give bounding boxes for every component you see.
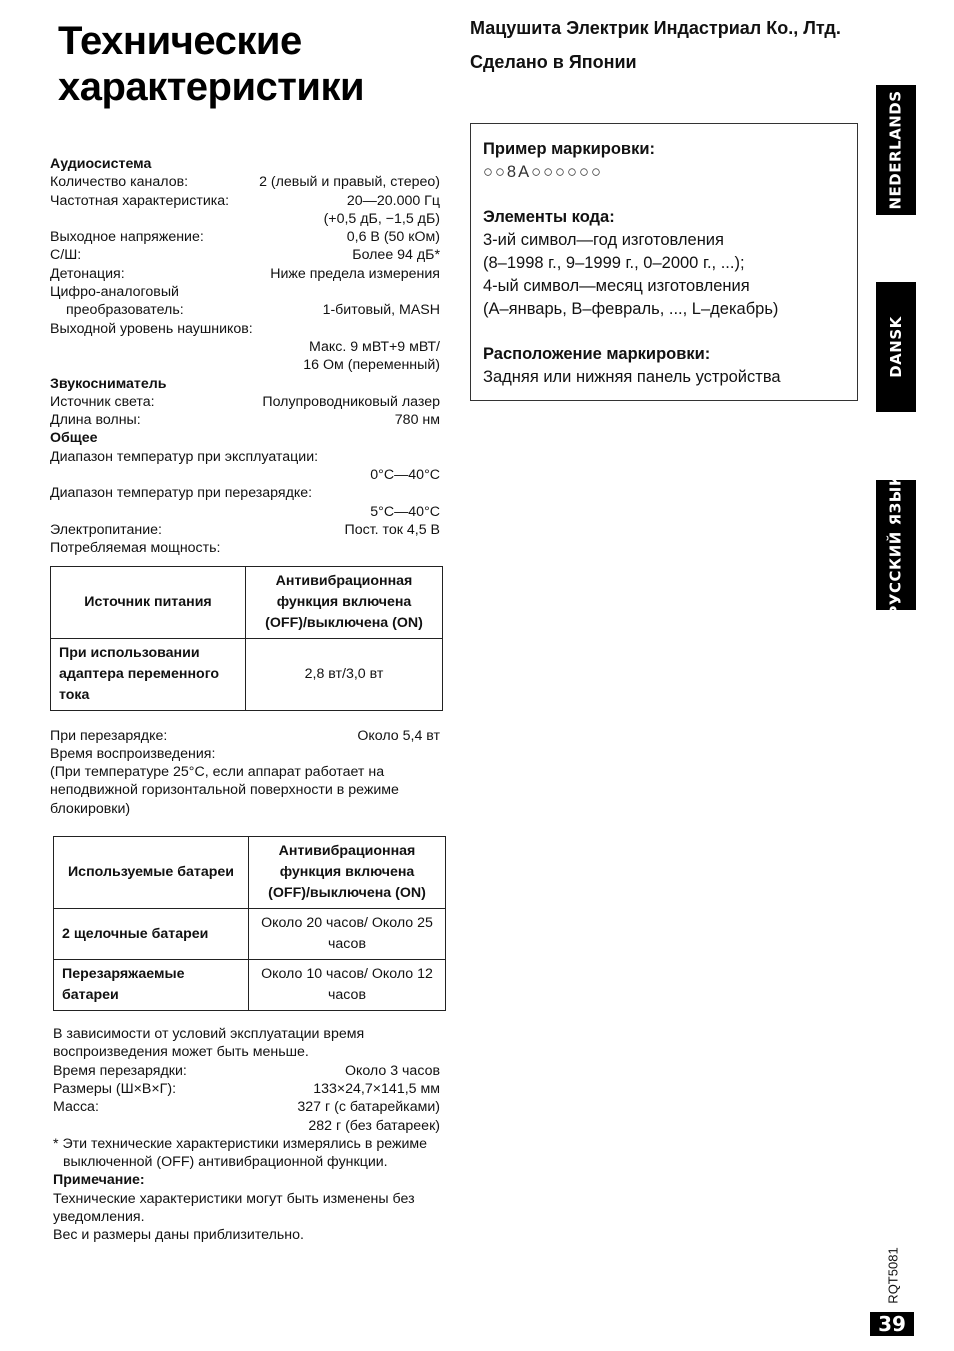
general-rows: Диапазон температур при эксплуатации:0°C… bbox=[50, 448, 440, 558]
spec-row: Детонация:Ниже предела измерения bbox=[50, 265, 440, 283]
side-tab-label: NEDERLANDS bbox=[887, 90, 905, 209]
marking-box: Пример маркировки: ○○8A○○○○○○ Элементы к… bbox=[470, 123, 858, 401]
spec-row: Длина волны:780 нм bbox=[50, 411, 440, 429]
spec-row: Диапазон температур при эксплуатации: bbox=[50, 448, 440, 466]
note-heading: Примечание: bbox=[53, 1171, 440, 1189]
spec-label: Цифро-аналоговый bbox=[50, 283, 179, 301]
title-line-1: Технические bbox=[58, 18, 364, 64]
document-code-text: RQT5081 bbox=[886, 1247, 901, 1303]
spec-row: Количество каналов:2 (левый и правый, ст… bbox=[50, 173, 440, 191]
battery-table-cell: 2 щелочные батареи bbox=[54, 909, 249, 960]
battery-table-header-mode: Антивибрационная функция включена (OFF)/… bbox=[249, 837, 446, 909]
spec-row: Потребляемая мощность: bbox=[50, 539, 440, 557]
table-row: Перезаряжаемые батареи Около 10 часов/ О… bbox=[54, 960, 446, 1011]
spec-value: Макс. 9 мВТ+9 мВТ/ bbox=[309, 338, 440, 356]
example-code: ○○8A○○○○○○ bbox=[483, 161, 845, 184]
battery-table-cell: Около 20 часов/ Около 25 часов bbox=[249, 909, 446, 960]
element-line: (A–январь, B–февраль, ..., L–декабрь) bbox=[483, 298, 845, 321]
elements-heading: Элементы кода: bbox=[483, 206, 845, 229]
location-heading: Расположение маркировки: bbox=[483, 343, 845, 366]
spec-label: Источник света: bbox=[50, 393, 155, 411]
manufacturer-name: Мацушита Электрик Индастриал Ко., Лтд. bbox=[470, 16, 870, 40]
spec-label: Размеры (Ш×В×Г): bbox=[53, 1080, 176, 1098]
after-block: В зависимости от условий эксплуатации вр… bbox=[50, 1025, 440, 1245]
playtime-note: (При температуре 25°C, если аппарат рабо… bbox=[50, 763, 440, 818]
spec-label: Выходное напряжение: bbox=[50, 228, 204, 246]
power-table: Источник питания Антивибрационная функци… bbox=[50, 566, 443, 711]
spec-row: Время перезарядки:Около 3 часов bbox=[53, 1062, 440, 1080]
example-heading: Пример маркировки: bbox=[483, 138, 845, 161]
spec-label: Диапазон температур при перезарядке: bbox=[50, 484, 312, 502]
spec-label: Выходной уровень наушников: bbox=[50, 320, 253, 338]
spec-row: Макс. 9 мВТ+9 мВТ/ bbox=[50, 338, 440, 356]
element-line: (8–1998 г., 9–1999 г., 0–2000 г., ...); bbox=[483, 252, 845, 275]
spec-row: 282 г (без батареек) bbox=[53, 1117, 440, 1135]
battery-table-cell: Около 10 часов/ Около 12 часов bbox=[249, 960, 446, 1011]
battery-table: Используемые батареи Антивибрационная фу… bbox=[53, 836, 446, 1011]
spec-label: Потребляемая мощность: bbox=[50, 539, 220, 557]
spec-row: Выходное напряжение:0,6 В (50 кОм) bbox=[50, 228, 440, 246]
table-row: 2 щелочные батареи Около 20 часов/ Около… bbox=[54, 909, 446, 960]
spec-row: 0°C—40°C bbox=[50, 466, 440, 484]
side-tab-dansk[interactable]: DANSK bbox=[876, 282, 916, 412]
spec-value: 780 нм bbox=[395, 411, 440, 429]
location-text: Задняя или нижняя панель устройства bbox=[483, 366, 845, 389]
power-table-header-source: Источник питания bbox=[51, 566, 246, 638]
spec-row: Диапазон температур при перезарядке: bbox=[50, 484, 440, 502]
spec-label: Электропитание: bbox=[50, 521, 162, 539]
spec-value: Ниже предела измерения bbox=[270, 265, 440, 283]
note-text: Технические характеристики могут быть из… bbox=[53, 1190, 440, 1227]
spec-value: 20—20.000 Гц bbox=[347, 192, 440, 210]
spec-label: преобразователь: bbox=[50, 301, 184, 319]
pickup-rows: Источник света:Полупроводниковый лазерДл… bbox=[50, 393, 440, 430]
spec-value: Полупроводниковый лазер bbox=[262, 393, 440, 411]
spec-row: Размеры (Ш×В×Г):133×24,7×141,5 мм bbox=[53, 1080, 440, 1098]
spec-label: С/Ш: bbox=[50, 246, 81, 264]
spec-row: Масса:327 г (с батарейками) bbox=[53, 1098, 440, 1116]
spec-row: Частотная характеристика:20—20.000 Гц bbox=[50, 192, 440, 210]
after-rows: Время перезарядки:Около 3 часовРазмеры (… bbox=[53, 1062, 440, 1135]
note-text: Вес и размеры даны приблизительно. bbox=[53, 1226, 440, 1244]
table-row: При использовании адаптера переменного т… bbox=[51, 638, 443, 710]
footnote: * Эти технические характеристики измерял… bbox=[53, 1135, 440, 1172]
spec-value: 5°C—40°C bbox=[370, 503, 440, 521]
charging-label: При перезарядке: bbox=[50, 727, 167, 745]
power-table-cell: 2,8 вт/3,0 вт bbox=[246, 638, 443, 710]
spec-value: 282 г (без батареек) bbox=[308, 1117, 440, 1135]
spec-value: Пост. ток 4,5 В bbox=[345, 521, 441, 539]
audio-rows: Количество каналов:2 (левый и правый, ст… bbox=[50, 173, 440, 374]
section-heading-general: Общее bbox=[50, 429, 440, 447]
battery-table-header-type: Используемые батареи bbox=[54, 837, 249, 909]
power-table-header-mode: Антивибрационная функция включена (OFF)/… bbox=[246, 566, 443, 638]
charging-row: При перезарядке: Около 5,4 вт bbox=[50, 727, 440, 745]
spec-label: Детонация: bbox=[50, 265, 125, 283]
element-line: 4-ый символ—месяц изготовления bbox=[483, 275, 845, 298]
playtime-label: Время воспроизведения: bbox=[50, 745, 440, 763]
battery-table-cell: Перезаряжаемые батареи bbox=[54, 960, 249, 1011]
spec-label: Диапазон температур при эксплуатации: bbox=[50, 448, 318, 466]
spec-value: Более 94 дБ* bbox=[352, 246, 440, 264]
spec-value: 16 Ом (переменный) bbox=[303, 356, 440, 374]
made-in: Сделано в Японии bbox=[470, 52, 870, 73]
spec-value: 133×24,7×141,5 мм bbox=[313, 1080, 440, 1098]
spec-value: (+0,5 дБ, −1,5 дБ) bbox=[324, 210, 440, 228]
spec-label: Длина волны: bbox=[50, 411, 141, 429]
spec-row: Цифро-аналоговый bbox=[50, 283, 440, 301]
spec-row: (+0,5 дБ, −1,5 дБ) bbox=[50, 210, 440, 228]
spec-value: 0,6 В (50 кОм) bbox=[347, 228, 440, 246]
side-tab-label: DANSK bbox=[887, 316, 905, 378]
spec-row: Выходной уровень наушников: bbox=[50, 320, 440, 338]
spec-value: 0°C—40°C bbox=[370, 466, 440, 484]
section-heading-pickup: Звукосниматель bbox=[50, 375, 440, 393]
page-title: Технические характеристики bbox=[58, 18, 364, 110]
spec-label: Время перезарядки: bbox=[53, 1062, 187, 1080]
spec-row: 16 Ом (переменный) bbox=[50, 356, 440, 374]
element-line: 3-ий символ—год изготовления bbox=[483, 229, 845, 252]
power-table-cell: При использовании адаптера переменного т… bbox=[51, 638, 246, 710]
specs-column: Аудиосистема Количество каналов:2 (левый… bbox=[50, 155, 440, 1245]
spec-label: Масса: bbox=[53, 1098, 99, 1116]
side-tab-label: РУССКИЙ ЯЗЫК bbox=[887, 473, 905, 616]
spec-row: Источник света:Полупроводниковый лазер bbox=[50, 393, 440, 411]
spec-value: 327 г (с батарейками) bbox=[297, 1098, 440, 1116]
document-code: RQT5081 bbox=[878, 1245, 908, 1305]
title-line-2: характеристики bbox=[58, 64, 364, 110]
spec-row: преобразователь:1-битовый, MASH bbox=[50, 301, 440, 319]
spec-row: 5°C—40°C bbox=[50, 503, 440, 521]
spec-label: Частотная характеристика: bbox=[50, 192, 229, 210]
spec-value: 2 (левый и правый, стерео) bbox=[259, 173, 440, 191]
spec-label: Количество каналов: bbox=[50, 173, 188, 191]
side-tab-nederlands[interactable]: NEDERLANDS bbox=[876, 85, 916, 215]
manufacturer-block: Мацушита Электрик Индастриал Ко., Лтд. С… bbox=[470, 16, 870, 73]
spec-value: 1-битовый, MASH bbox=[323, 301, 440, 319]
charging-value: Около 5,4 вт bbox=[357, 727, 440, 745]
spec-value: Около 3 часов bbox=[345, 1062, 440, 1080]
playtime-disclaimer: В зависимости от условий эксплуатации вр… bbox=[53, 1025, 440, 1062]
spec-row: Электропитание:Пост. ток 4,5 В bbox=[50, 521, 440, 539]
side-tab-russian[interactable]: РУССКИЙ ЯЗЫК bbox=[876, 480, 916, 610]
spec-row: С/Ш:Более 94 дБ* bbox=[50, 246, 440, 264]
section-heading-audio: Аудиосистема bbox=[50, 155, 440, 173]
page-number: 39 bbox=[870, 1312, 914, 1336]
